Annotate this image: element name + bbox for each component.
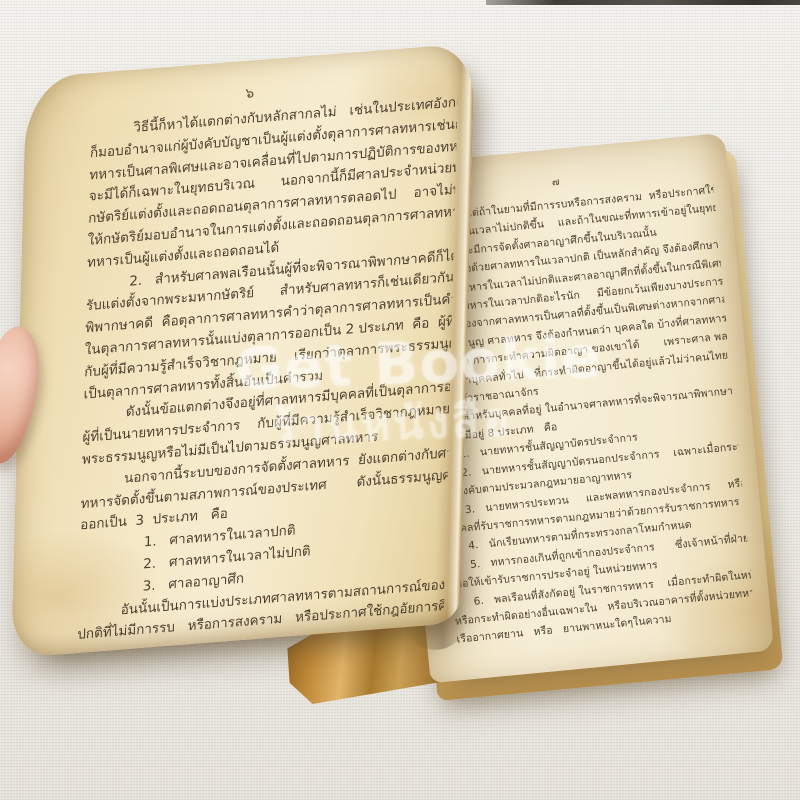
photo-scene: ๗ เวลาปกติ แต่ถ้าในยามที่มีการรบหรือการส… [0,0,800,800]
table-edge-line [486,0,800,5]
left-page-text: วิธีนี้ก็หาได้แตกต่างกับหลักสากลไม่ เช่น… [11,87,473,652]
left-page: ๖ วิธีนี้ก็หาได้แตกต่างกับหลักสากลไม่ เช… [11,43,475,658]
